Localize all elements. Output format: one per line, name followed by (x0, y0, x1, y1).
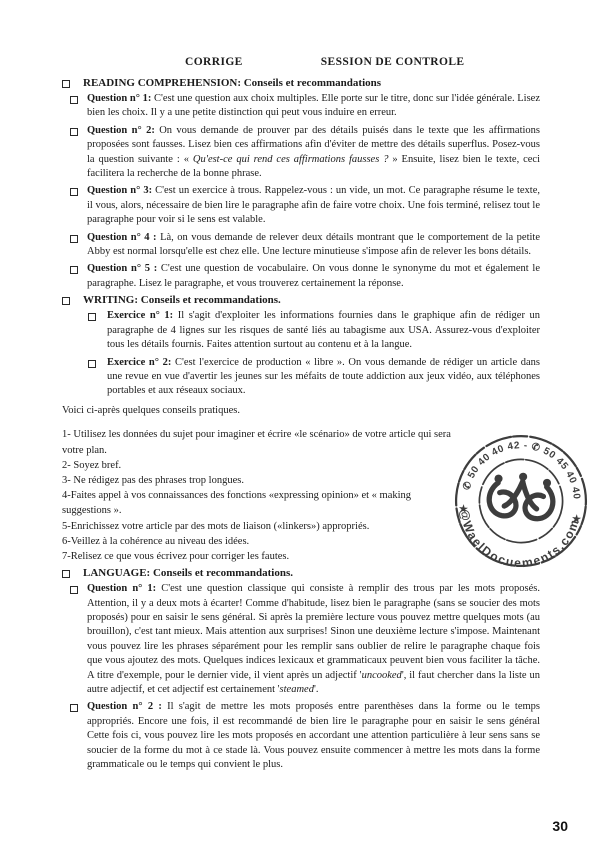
reading-question-2-paragraph: Question n° 2: On vous demande de prouve… (87, 124, 540, 182)
question-label: Question n° 2 : (87, 701, 162, 712)
section-language-heading-label: LANGUAGE: Conseils et recommandations. (83, 567, 293, 579)
checkbox-icon (70, 96, 78, 104)
reading-question-4: Question n° 4 : Là, on vous demande de r… (70, 231, 540, 260)
reading-question-3: Question n° 3: C'est un exercice à trous… (70, 184, 540, 227)
reading-question-5-paragraph: Question n° 5 : C'est une question de vo… (87, 262, 540, 291)
writing-exercice-1: Exercice n° 1: Il s'agit d'exploiter les… (88, 309, 540, 352)
tip-item-4: 4-Faites appel à vos connaissances des f… (62, 488, 455, 518)
writing-tips-list: 1- Utilisez les données du sujet pour im… (62, 427, 455, 564)
checkbox-icon (62, 297, 70, 305)
language-question-2-paragraph: Question n° 2 : Il s'agit de mettre les … (87, 700, 540, 772)
writing-exercice-2: Exercice n° 2: C'est l'exercice de produ… (88, 356, 540, 399)
writing-tips-intro: Voici ci-après quelques conseils pratiqu… (62, 404, 540, 419)
tip-item-3: 3- Ne rédigez pas des phrases trop longu… (62, 473, 455, 488)
reading-question-1-paragraph: Question n° 1: C'est une question aux ch… (87, 92, 540, 121)
question-label: Question n° 2: (87, 125, 155, 136)
section-writing-heading-label: WRITING: Conseils et recommandations. (83, 294, 281, 306)
question-label: Question n° 3: (87, 185, 152, 196)
question-text: C'est une question aux choix multiples. … (87, 93, 540, 118)
language-question-1-paragraph: Question n° 1: C'est une question classi… (87, 582, 540, 697)
checkbox-icon (70, 266, 78, 274)
section-reading-heading: READING COMPREHENSION: Conseils et recom… (62, 77, 540, 89)
document-content: CORRIGE SESSION DE CONTROLE READING COMP… (0, 0, 600, 772)
title-session-de-controle: SESSION DE CONTROLE (321, 56, 465, 68)
tip-item-1: 1- Utilisez les données du sujet pour im… (62, 427, 455, 457)
question-label: Question n° 1: (87, 583, 156, 594)
exercice-text: C'est l'exercice de production « libre »… (107, 357, 540, 397)
page-number: 30 (552, 818, 568, 834)
question-label: Question n° 1: (87, 93, 151, 104)
example-word-steamed: steamed (280, 684, 314, 695)
tip-item-7: 7-Relisez ce que vous écrivez pour corri… (62, 549, 455, 564)
checkbox-icon (88, 313, 96, 321)
example-word-uncooked: uncooked (362, 670, 402, 681)
reading-question-1: Question n° 1: C'est une question aux ch… (70, 92, 540, 121)
question-text: C'est un exercice à trous. Rappelez-vous… (87, 185, 540, 225)
section-language-heading: LANGUAGE: Conseils et recommandations. (62, 567, 540, 579)
question-text: C'est une question classique qui consist… (87, 583, 540, 680)
reading-question-3-paragraph: Question n° 3: C'est un exercice à trous… (87, 184, 540, 227)
writing-exercice-2-paragraph: Exercice n° 2: C'est l'exercice de produ… (107, 356, 540, 399)
checkbox-icon (70, 188, 78, 196)
question-text: '. (314, 684, 319, 695)
exercice-label: Exercice n° 1: (107, 310, 173, 321)
checkbox-icon (88, 360, 96, 368)
reading-question-4-paragraph: Question n° 4 : Là, on vous demande de r… (87, 231, 540, 260)
section-reading-heading-label: READING COMPREHENSION: Conseils et recom… (83, 77, 381, 89)
checkbox-icon (70, 586, 78, 594)
writing-exercice-1-paragraph: Exercice n° 1: Il s'agit d'exploiter les… (107, 309, 540, 352)
scanned-document-page: CORRIGE SESSION DE CONTROLE READING COMP… (0, 0, 600, 850)
exercice-label: Exercice n° 2: (107, 357, 171, 368)
language-question-2: Question n° 2 : Il s'agit de mettre les … (70, 700, 540, 772)
checkbox-icon (62, 570, 70, 578)
reading-question-2: Question n° 2: On vous demande de prouve… (70, 124, 540, 182)
tip-item-5: 5-Enrichissez votre article par des mots… (62, 519, 455, 534)
tip-item-2: 2- Soyez bref. (62, 458, 455, 473)
language-question-1: Question n° 1: C'est une question classi… (70, 582, 540, 697)
question-quote-italic: Qu'est-ce qui rend ces affirmations faus… (193, 154, 389, 165)
title-corrige: CORRIGE (185, 56, 243, 68)
checkbox-icon (70, 235, 78, 243)
reading-question-5: Question n° 5 : C'est une question de vo… (70, 262, 540, 291)
question-label: Question n° 5 : (87, 263, 157, 274)
section-writing-heading: WRITING: Conseils et recommandations. (62, 294, 540, 306)
checkbox-icon (62, 80, 70, 88)
question-label: Question n° 4 : (87, 232, 157, 243)
checkbox-icon (70, 704, 78, 712)
checkbox-icon (70, 128, 78, 136)
document-title-row: CORRIGE SESSION DE CONTROLE (62, 56, 540, 68)
tip-item-6: 6-Veillez à la cohérence au niveau des i… (62, 534, 455, 549)
